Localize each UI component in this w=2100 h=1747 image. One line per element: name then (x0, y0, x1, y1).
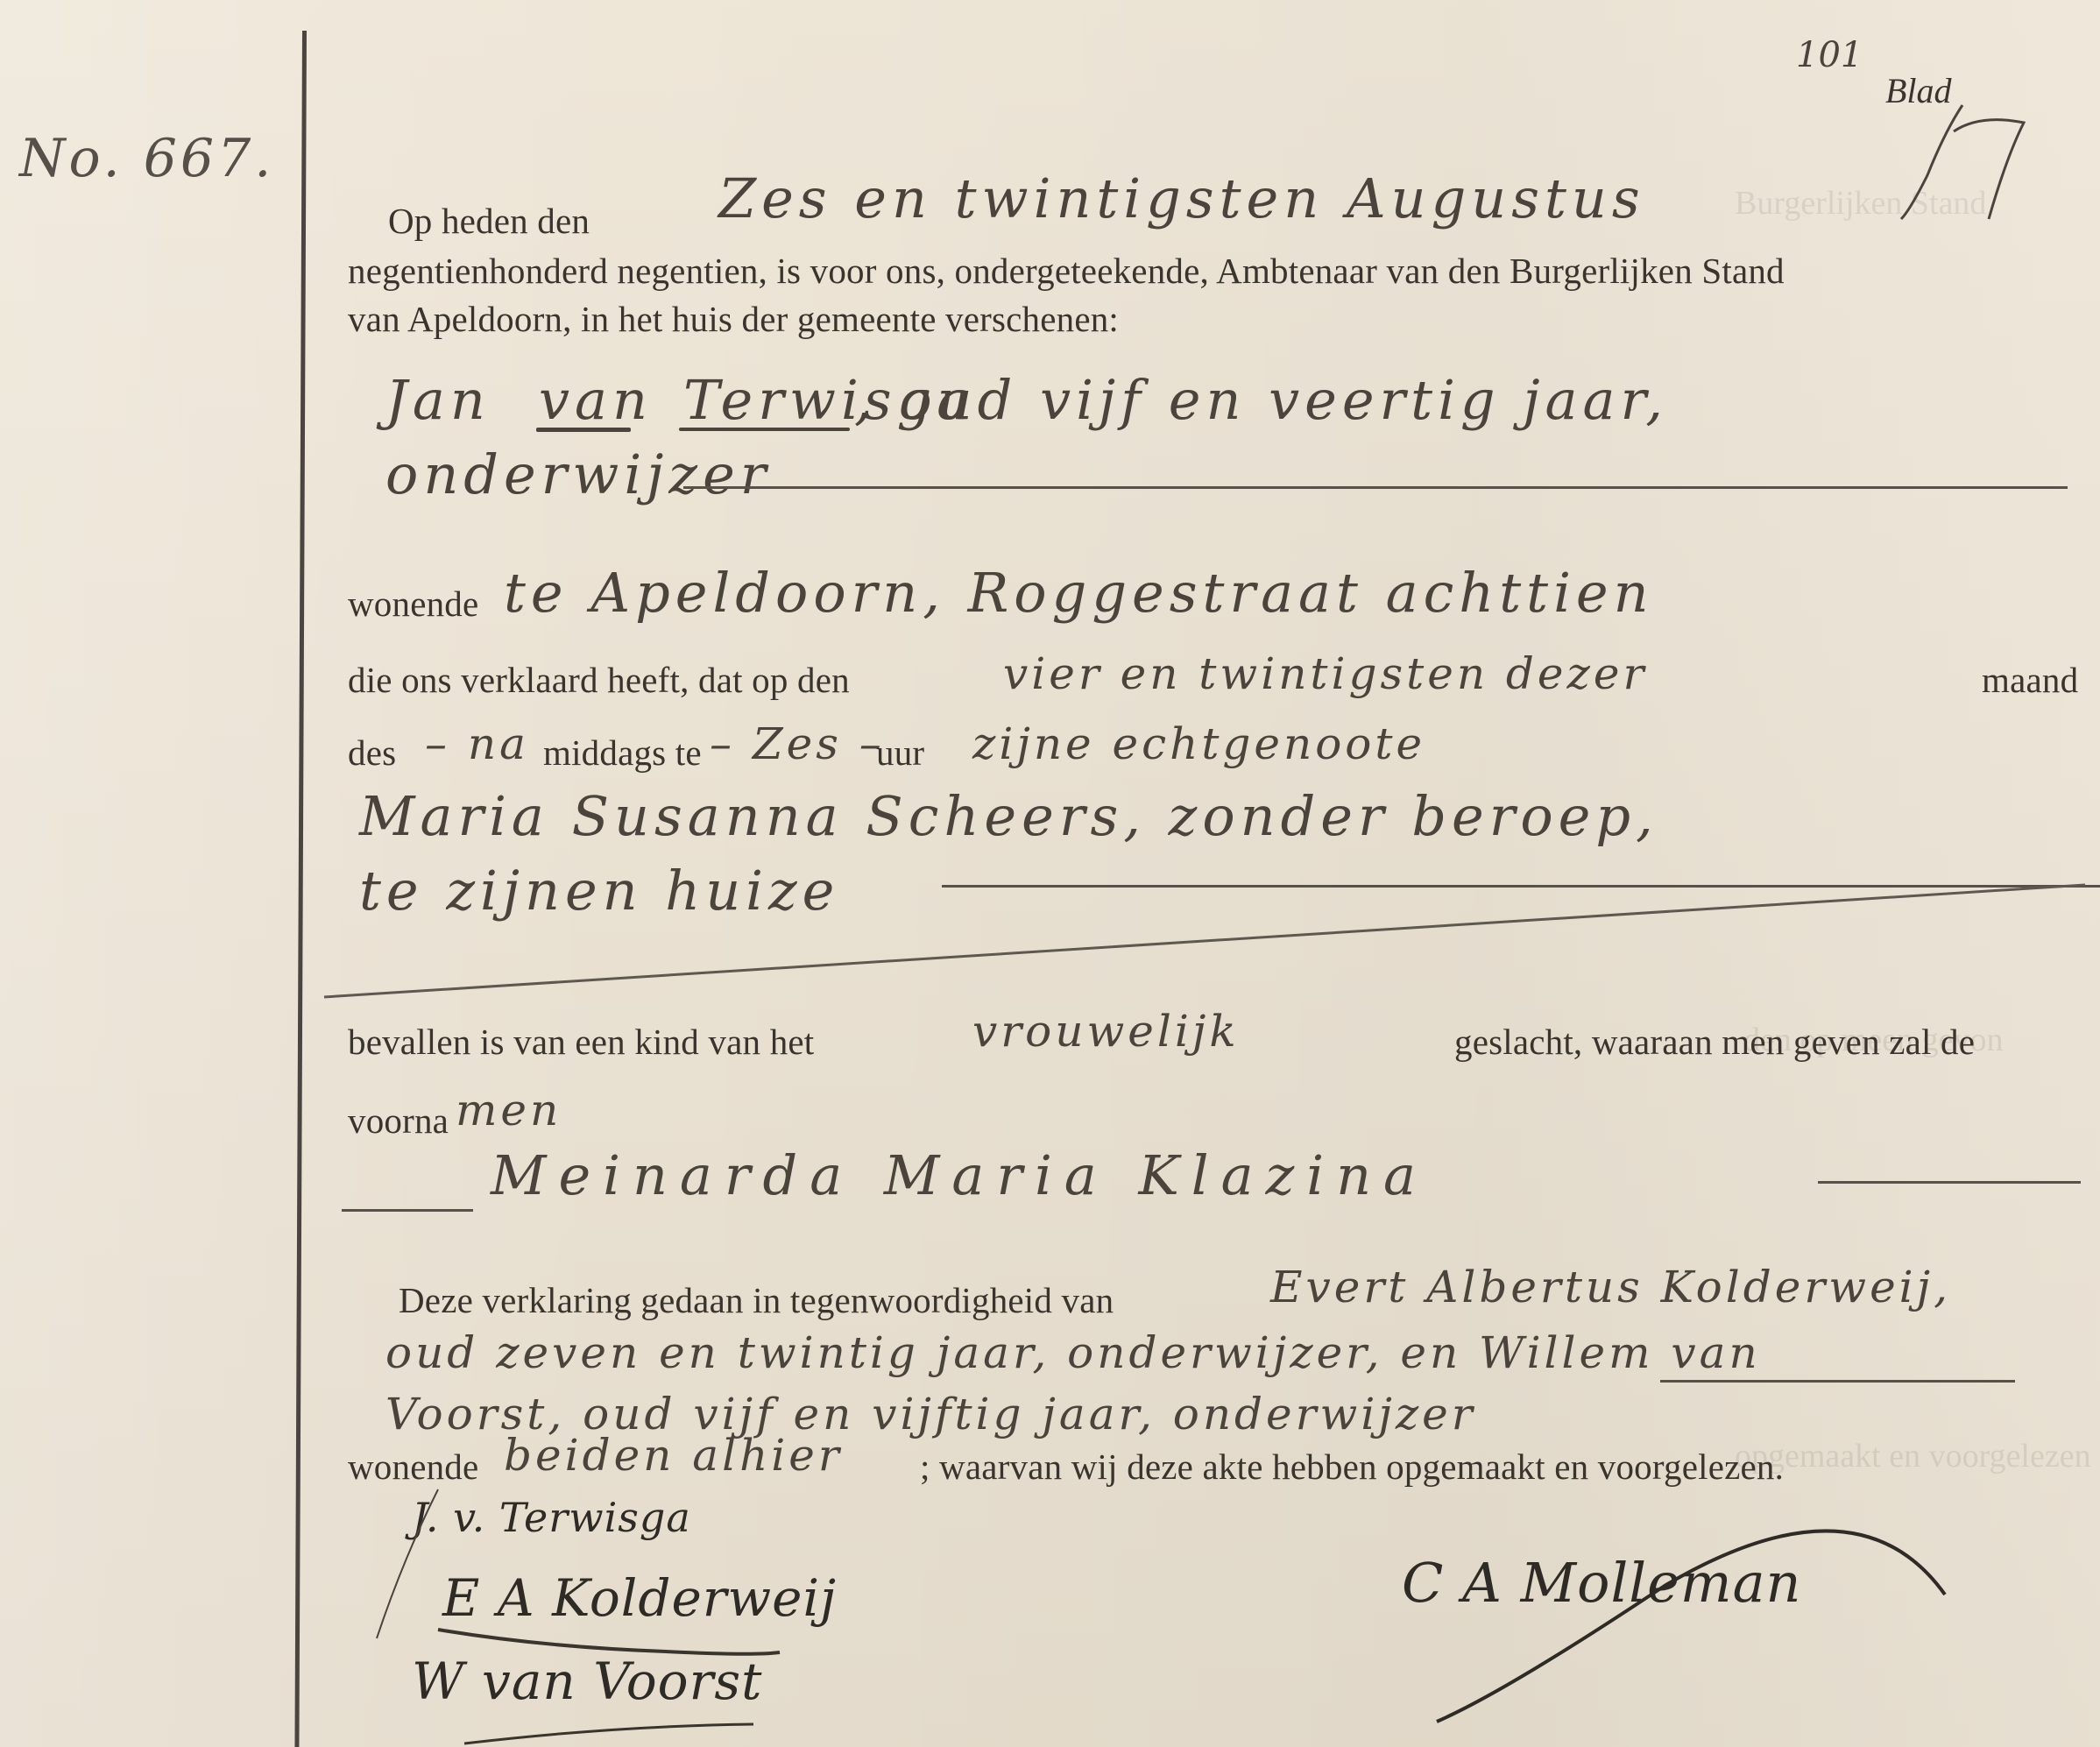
signature-flourishes (0, 0, 2100, 1747)
